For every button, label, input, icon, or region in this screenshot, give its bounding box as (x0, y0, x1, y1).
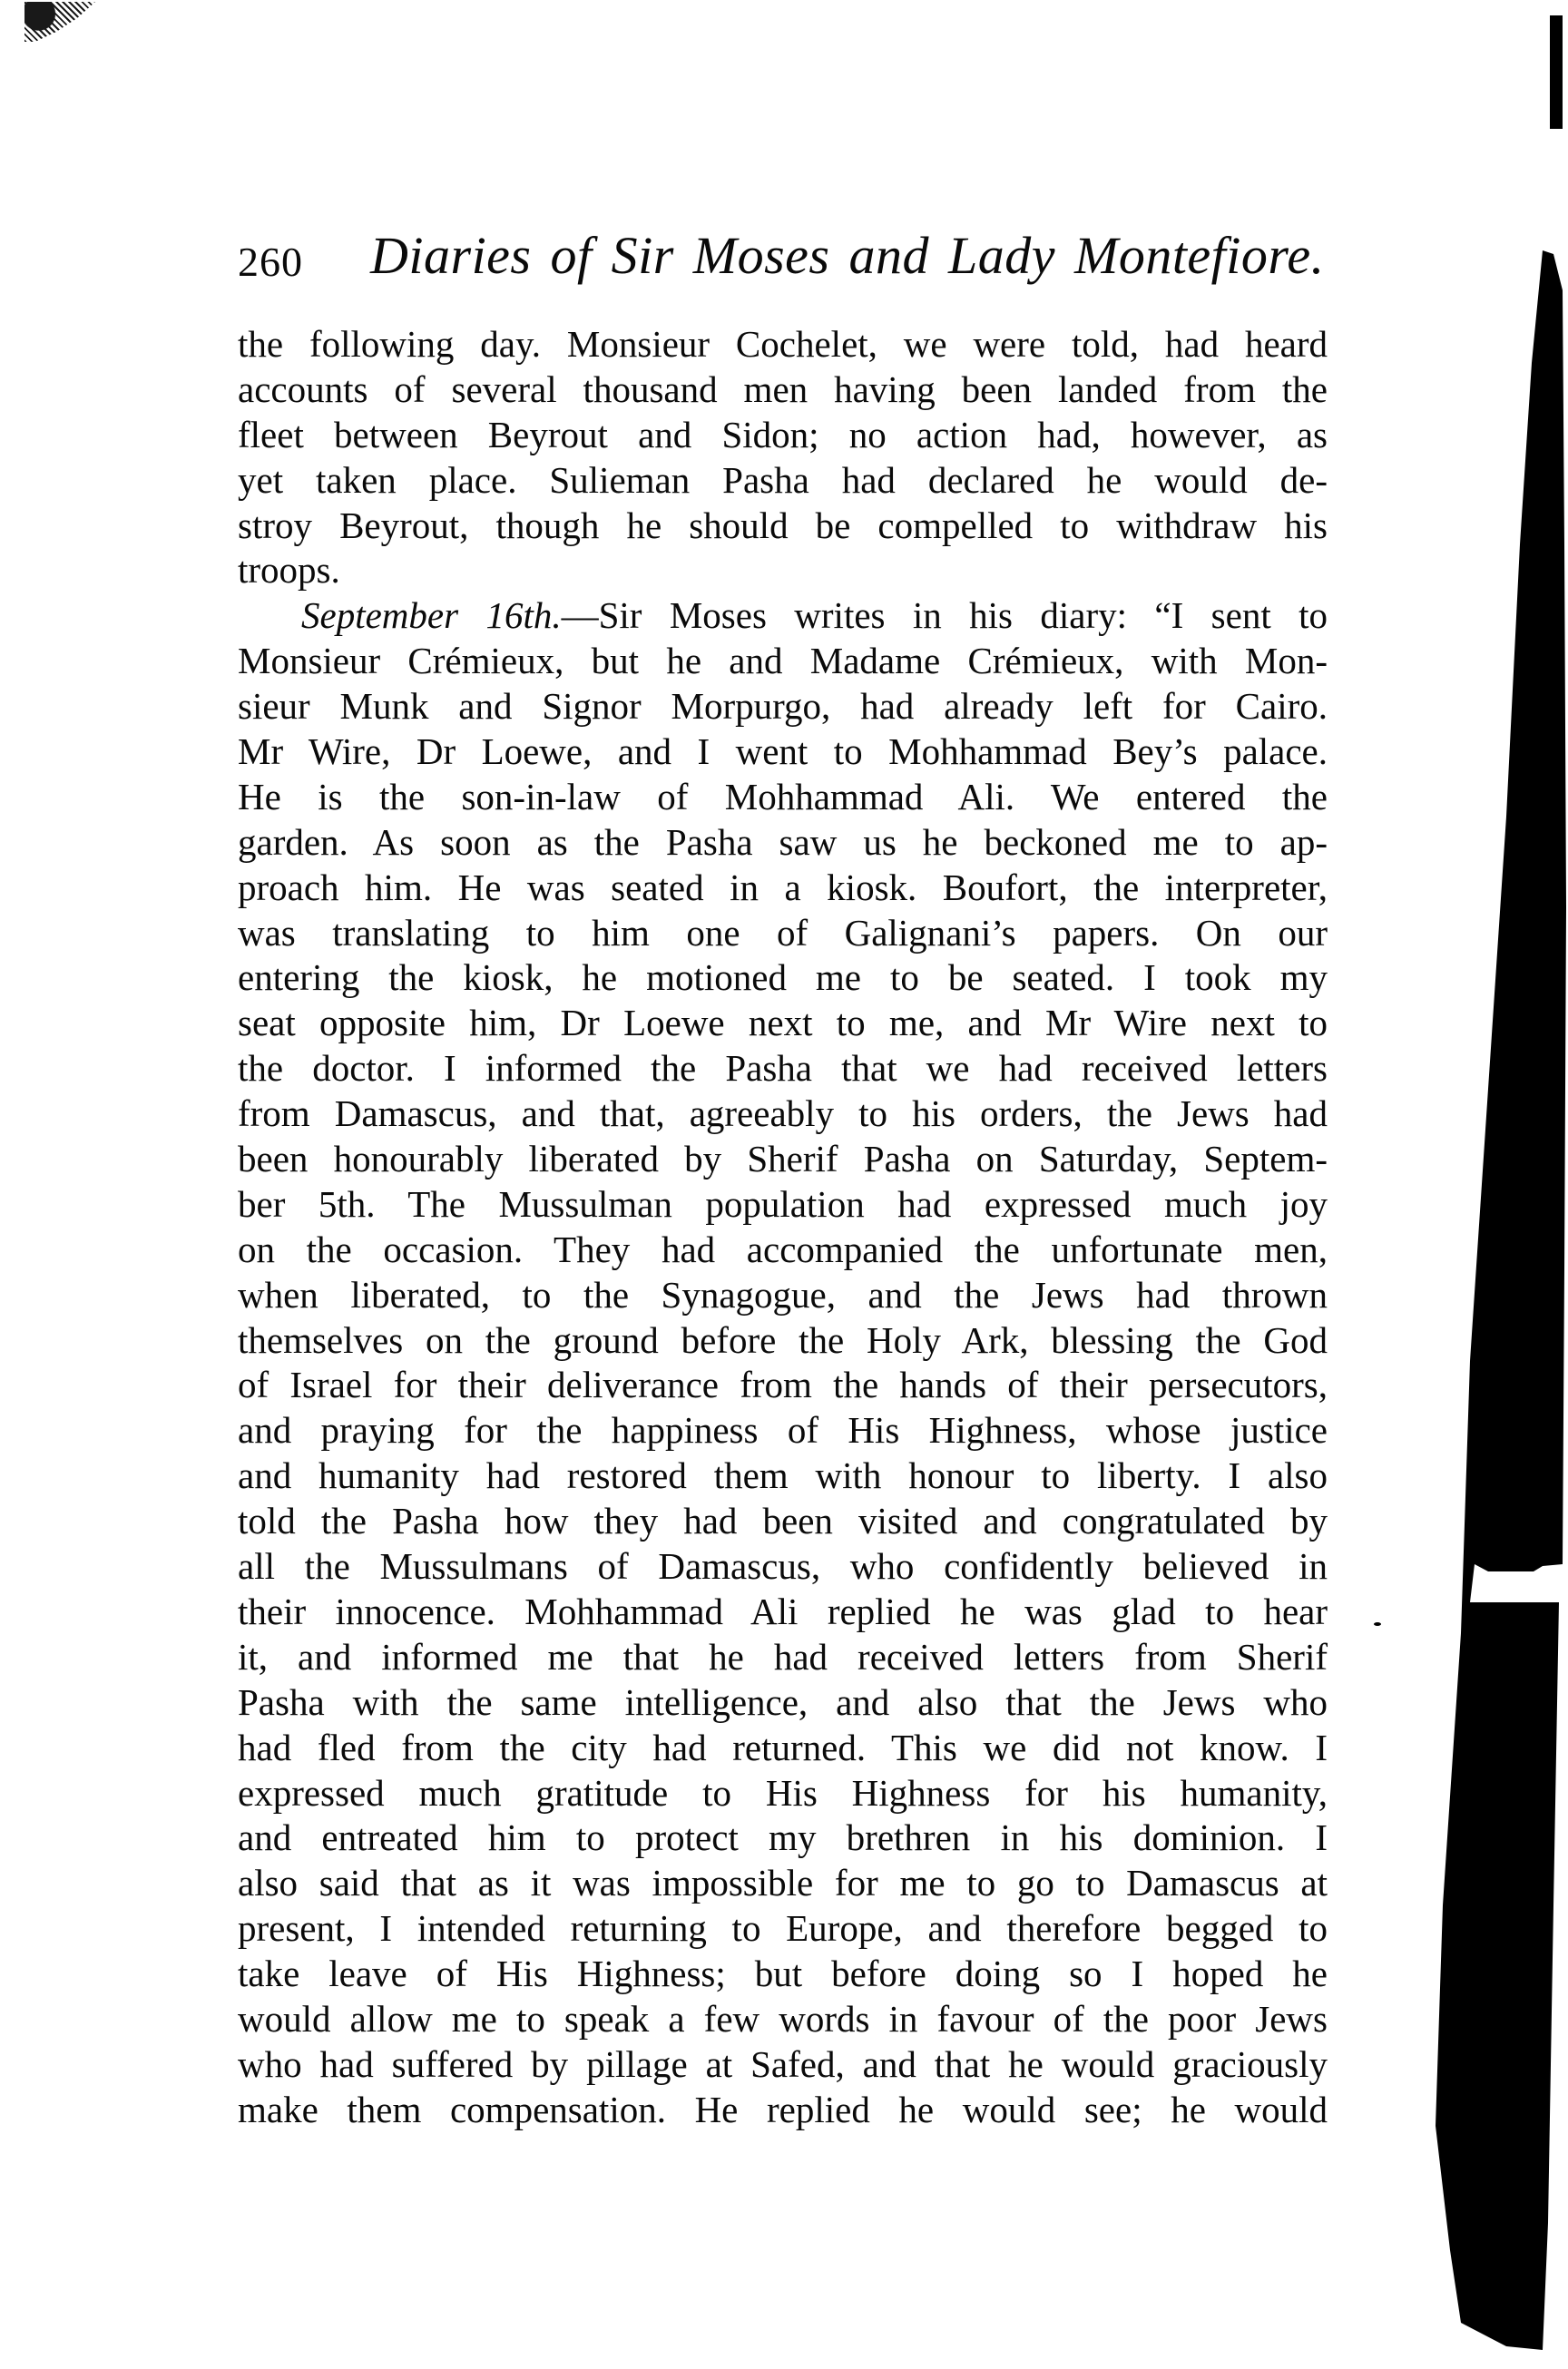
text-line: troops. (238, 548, 1328, 593)
text-line: make them compensation. He replied he wo… (238, 2088, 1328, 2133)
text-line: been honourably liberated by Sherif Pash… (238, 1137, 1328, 1182)
text-line: He is the son-in-law of Mohhammad Ali. W… (238, 775, 1328, 820)
text-line: when liberated, to the Synagogue, and th… (238, 1273, 1328, 1318)
page-number: 260 (238, 238, 303, 286)
running-title: Diaries of Sir Moses and Lady Montefiore… (370, 225, 1325, 286)
text-line: ber 5th. The Mussulman population had ex… (238, 1182, 1328, 1228)
text-line: expressed much gratitude to His Highness… (238, 1771, 1328, 1816)
text-line-rest: —Sir Moses writes in his diary: “I sent … (562, 594, 1328, 636)
body-text: the following day. Monsieur Cochelet, we… (238, 322, 1328, 2133)
text-line: had fled from the city had returned. Thi… (238, 1726, 1328, 1771)
text-line: on the occasion. They had accompanied th… (238, 1228, 1328, 1273)
text-line: the doctor. I informed the Pasha that we… (238, 1046, 1328, 1092)
text-line: also said that as it was impossible for … (238, 1861, 1328, 1906)
text-line: present, I intended returning to Europe,… (238, 1906, 1328, 1952)
text-line: Monsieur Crémieux, but he and Madame Cré… (238, 639, 1328, 684)
text-line: their innocence. Mohhammad Ali replied h… (238, 1590, 1328, 1635)
text-line: fleet between Beyrout and Sidon; no acti… (238, 413, 1328, 458)
text-line: seat opposite him, Dr Loewe next to me, … (238, 1001, 1328, 1046)
text-line: accounts of several thousand men having … (238, 367, 1328, 413)
diary-date: September 16th. (301, 594, 562, 636)
text-line: take leave of His Highness; but before d… (238, 1952, 1328, 1997)
text-line: and humanity had restored them with hono… (238, 1454, 1328, 1499)
page-edge-mark (1550, 15, 1563, 129)
text-line: told the Pasha how they had been visited… (238, 1499, 1328, 1544)
text-line: Mr Wire, Dr Loewe, and I went to Mohhamm… (238, 729, 1328, 775)
text-line: Pasha with the same intelligence, and al… (238, 1680, 1328, 1726)
stray-mark (1374, 1622, 1381, 1626)
text-line: sieur Munk and Signor Morpurgo, had alre… (238, 684, 1328, 729)
text-line: yet taken place. Sulieman Pasha had decl… (238, 458, 1328, 504)
text-line: would allow me to speak a few words in f… (238, 1997, 1328, 2042)
text-line: themselves on the ground before the Holy… (238, 1318, 1328, 1364)
text-line: proach him. He was seated in a kiosk. Bo… (238, 866, 1328, 911)
text-line-paragraph-start: September 16th.—Sir Moses writes in his … (238, 593, 1328, 639)
text-line: of Israel for their deliverance from the… (238, 1363, 1328, 1408)
text-line: garden. As soon as the Pasha saw us he b… (238, 820, 1328, 866)
text-line: and entreated him to protect my brethren… (238, 1816, 1328, 1861)
text-line: stroy Beyrout, though he should be compe… (238, 504, 1328, 549)
text-line: who had suffered by pillage at Safed, an… (238, 2042, 1328, 2088)
text-line: all the Mussulmans of Damascus, who conf… (238, 1544, 1328, 1590)
text-line: and praying for the happiness of His Hig… (238, 1408, 1328, 1454)
text-line: from Damascus, and that, agreeably to hi… (238, 1092, 1328, 1137)
text-line: was translating to him one of Galignani’… (238, 911, 1328, 956)
text-line: it, and informed me that he had received… (238, 1635, 1328, 1680)
scan-artifact (24, 2, 95, 42)
text-line: entering the kiosk, he motioned me to be… (238, 955, 1328, 1001)
text-line: the following day. Monsieur Cochelet, we… (238, 322, 1328, 367)
